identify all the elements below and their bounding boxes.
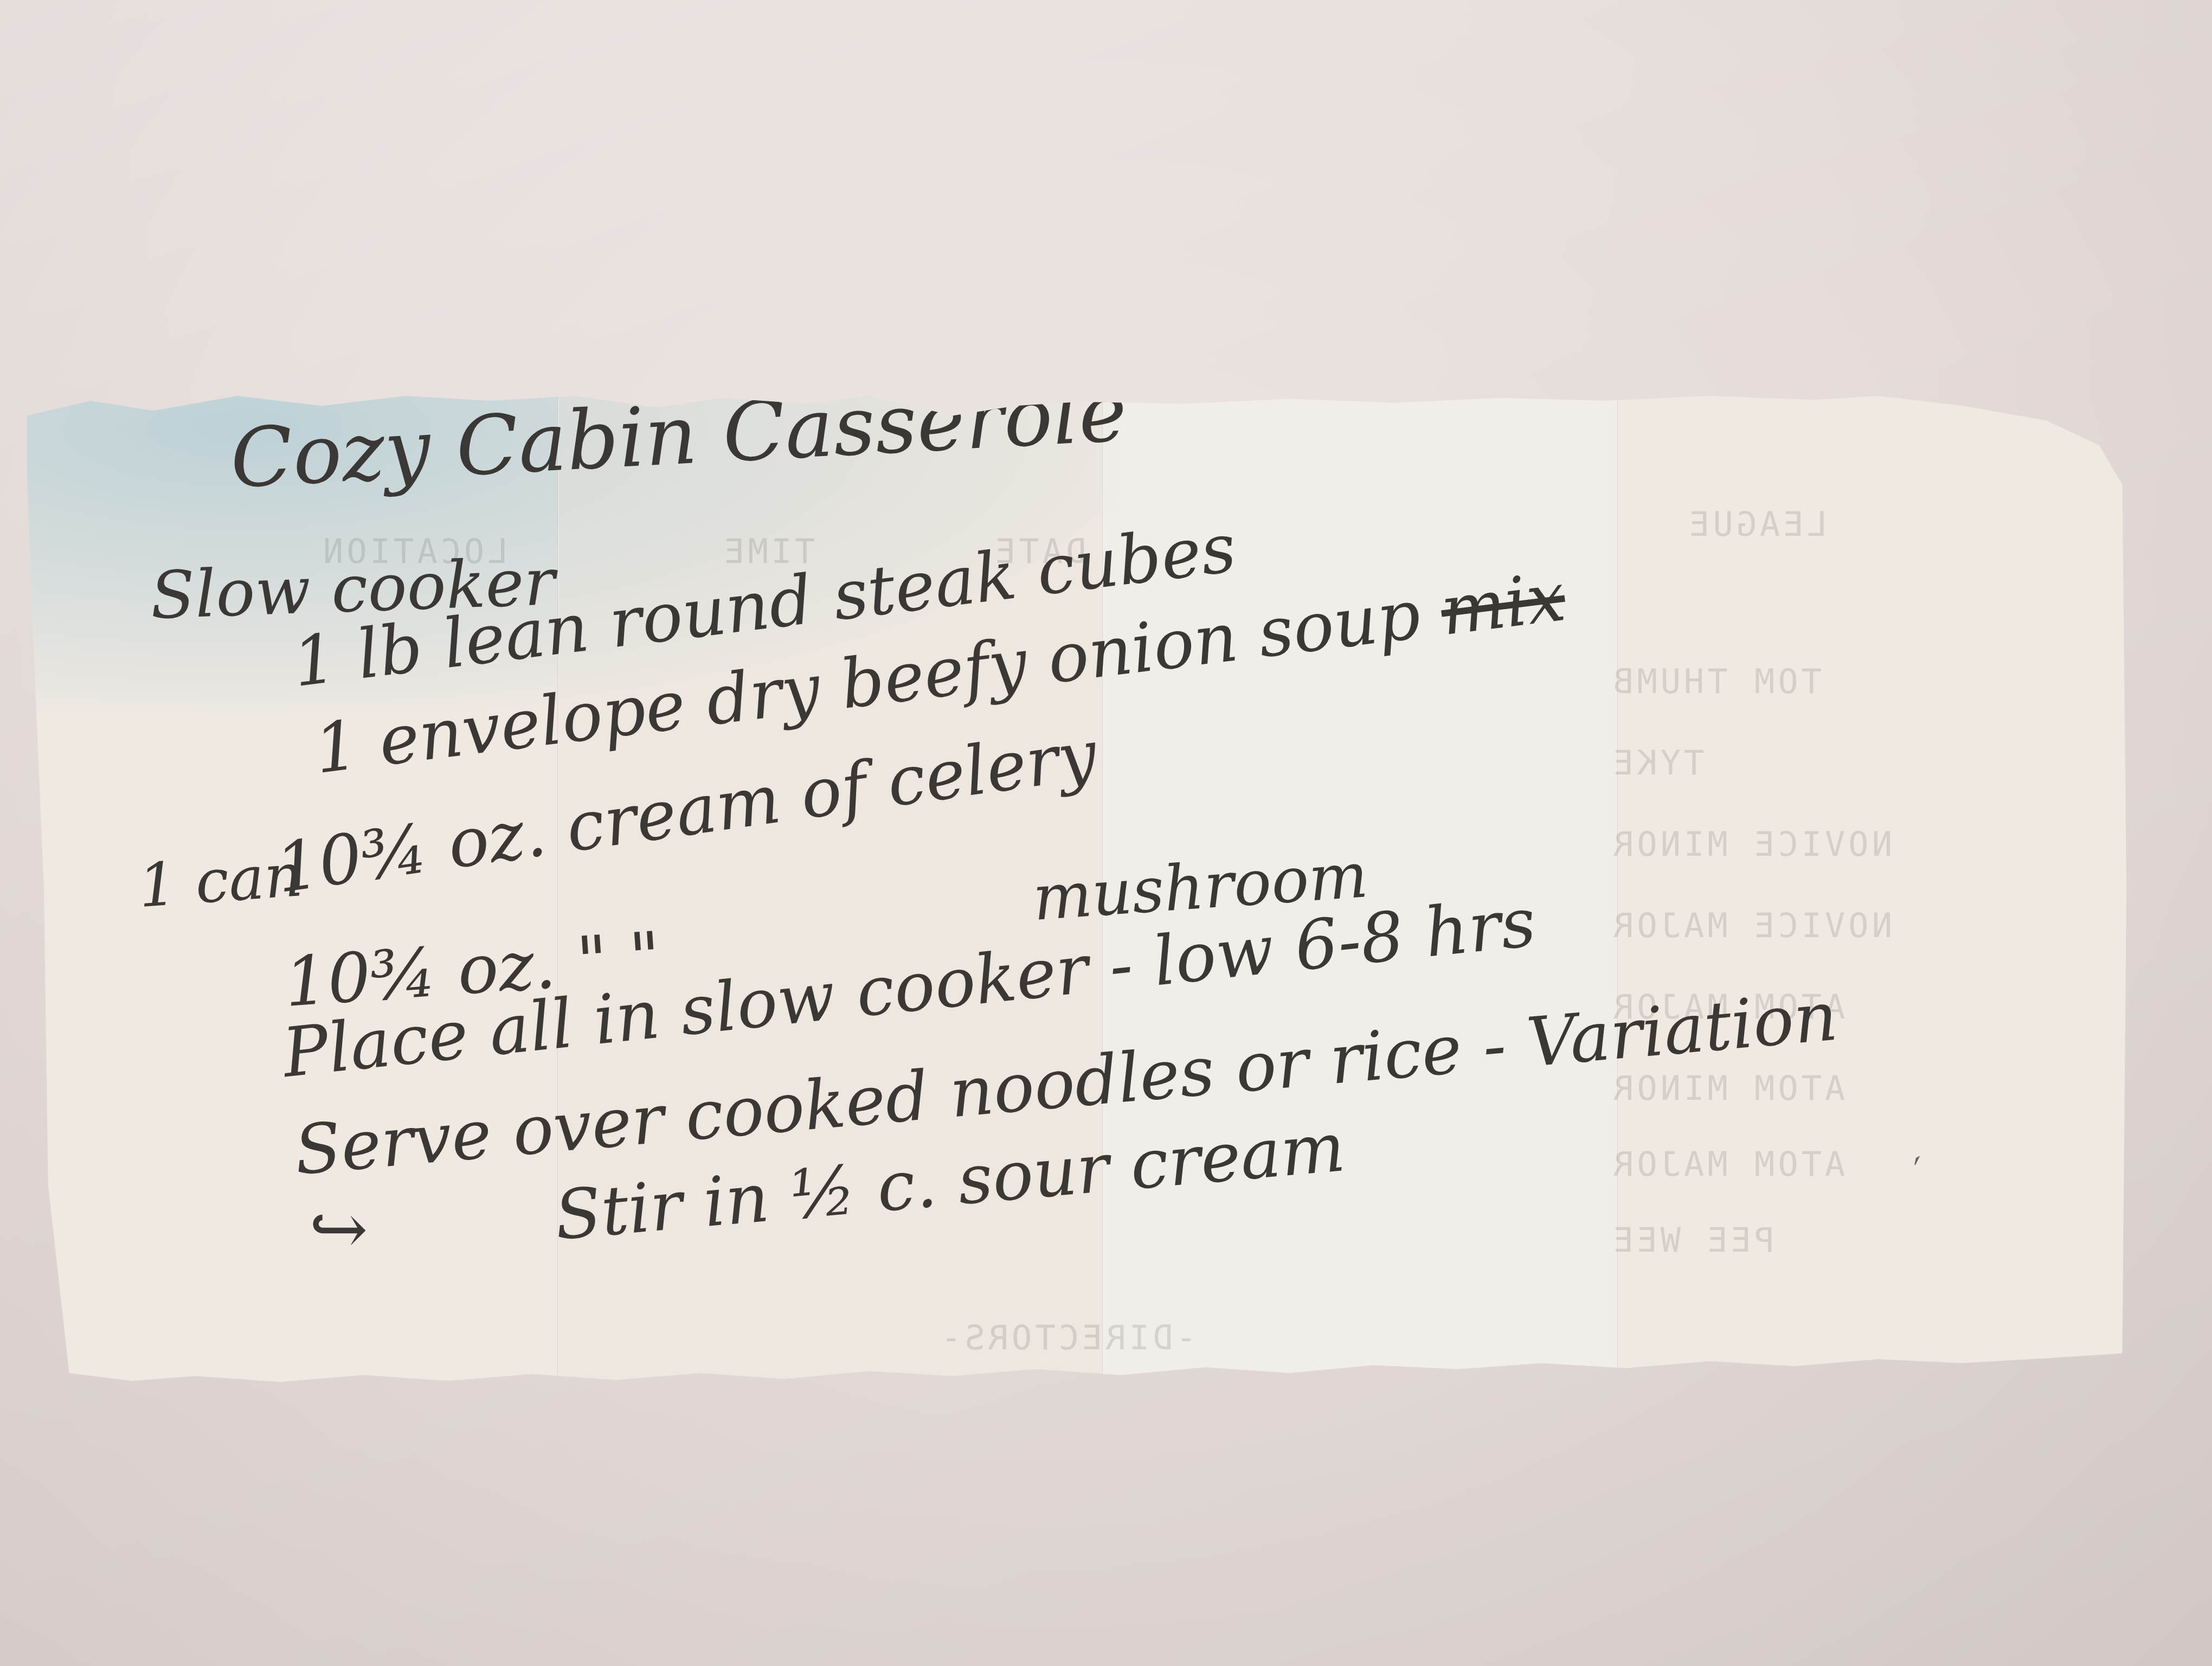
bleed-header-league: LEAGUE — [1686, 504, 1827, 544]
bleed-row: NOVICE MAJOR — [1610, 906, 1892, 945]
bleed-row: TYKE — [1610, 743, 1704, 783]
bleed-row: PEE WEE — [1610, 1220, 1774, 1260]
bleed-row: NOVICE MINOR — [1610, 824, 1892, 864]
recipe-paper: LOCATION TIME DATE LEAGUE TOM THUMB TYKE… — [27, 396, 2131, 1383]
bleed-row: ATOM MAJOR — [1610, 1144, 1845, 1184]
bleed-row: TOM THUMB — [1610, 662, 1822, 701]
arrow-icon: ↪ — [309, 1188, 368, 1270]
bleed-footer: -DIRECTORS- — [938, 1318, 1197, 1357]
pen-mark: ˏ — [1892, 1122, 1925, 1168]
struck-word: mix — [1437, 558, 1570, 651]
bleed-row: ATOM MINOR — [1610, 1068, 1845, 1108]
